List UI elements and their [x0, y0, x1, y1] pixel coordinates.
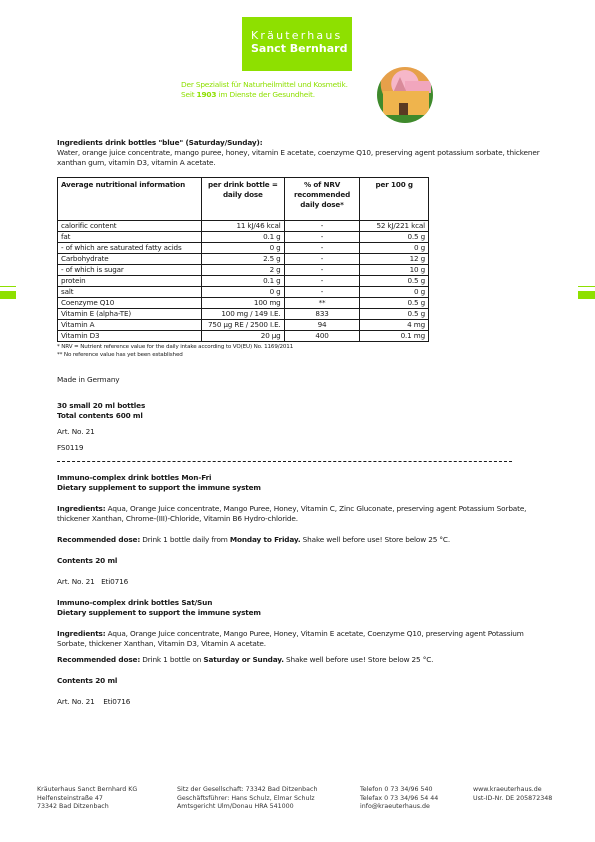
- tagline-line2: Seit 1903 im Dienste der Gesundheit.: [181, 90, 348, 100]
- nrv-value: 833: [284, 309, 360, 320]
- nrv-value: -: [284, 287, 360, 298]
- per-bottle-value: 0.1 g: [202, 276, 284, 287]
- per-100g-value: 0.5 g: [360, 232, 429, 243]
- table-row: fat0.1 g-0.5 g: [58, 232, 429, 243]
- footer-registration: Sitz der Gesellschaft: 73342 Bad Ditzenb…: [177, 786, 317, 812]
- footnote-no-reference: ** No reference value has yet been estab…: [57, 351, 547, 359]
- nrv-value: 94: [284, 320, 360, 331]
- table-row: Carbohydrate2.5 g-12 g: [58, 254, 429, 265]
- per-100g-value: 10 g: [360, 265, 429, 276]
- footer-phone: Telefon 0 73 34/96 540: [360, 786, 438, 795]
- nutrient-name: protein: [58, 276, 202, 287]
- fold-mark-left-thin: [0, 286, 16, 287]
- nrv-value: -: [284, 221, 360, 232]
- section3-contents: Contents 20 ml: [57, 676, 547, 686]
- per-100g-value: 0.1 mg: [360, 331, 429, 342]
- per-100g-value: 4 mg: [360, 320, 429, 331]
- footnote-nrv: * NRV = Nutrient reference value for the…: [57, 343, 547, 351]
- building-photo: [377, 67, 433, 123]
- table-row: Coenzyme Q10100 mg**0.5 g: [58, 298, 429, 309]
- table-row: protein0.1 g-0.5 g: [58, 276, 429, 287]
- nutrient-name: - of which is sugar: [58, 265, 202, 276]
- per-100g-value: 0.5 g: [360, 298, 429, 309]
- table-row: - of which is sugar2 g-10 g: [58, 265, 429, 276]
- nrv-value: -: [284, 243, 360, 254]
- nutrient-name: salt: [58, 287, 202, 298]
- footer-email[interactable]: info@kraeuterhaus.de: [360, 803, 438, 812]
- product-code: FS0119: [57, 443, 547, 453]
- nutrient-name: Vitamin D3: [58, 331, 202, 342]
- per-bottle-value: 0 g: [202, 287, 284, 298]
- nutrient-name: Vitamin A: [58, 320, 202, 331]
- section3-dose: Recommended dose: Drink 1 bottle on Satu…: [57, 655, 547, 665]
- table-row: Vitamin E (alpha-TE)100 mg / 149 I.E.833…: [58, 309, 429, 320]
- nutrient-name: - of which are saturated fatty acids: [58, 243, 202, 254]
- section2-art-no: Art. No. 21 Eti0716: [57, 577, 547, 587]
- per-bottle-value: 750 µg RE / 2500 I.E.: [202, 320, 284, 331]
- per-bottle-value: 2 g: [202, 265, 284, 276]
- nrv-value: -: [284, 276, 360, 287]
- per-100g-value: 0.5 g: [360, 276, 429, 287]
- brand-logo: Kräuterhaus Sanct Bernhard: [242, 17, 352, 71]
- section1-ingredients: Water, orange juice concentrate, mango p…: [57, 148, 547, 168]
- per-100g-value: 0 g: [360, 243, 429, 254]
- section3-subtitle: Dietary supplement to support the immune…: [57, 608, 547, 618]
- fold-mark-right: [578, 291, 595, 299]
- nutrition-table: Average nutritional information per drin…: [57, 177, 429, 342]
- per-bottle-value: 100 mg: [202, 298, 284, 309]
- nrv-value: 400: [284, 331, 360, 342]
- footer-company: Kräuterhaus Sanct Bernhard KG Helfenstei…: [37, 786, 137, 812]
- table-row: Vitamin D320 µg4000.1 mg: [58, 331, 429, 342]
- header-nrv: % of NRV recommended daily dose*: [284, 178, 360, 221]
- table-row: salt0 g-0 g: [58, 287, 429, 298]
- tagline: Der Spezialist für Naturheilmittel und K…: [181, 80, 348, 99]
- footer-contact: Telefon 0 73 34/96 540 Telefax 0 73 34/9…: [360, 786, 438, 812]
- section2-ingredients: Ingredients: Aqua, Orange Juice concentr…: [57, 504, 547, 524]
- tagline-year: 1903: [197, 90, 217, 99]
- per-100g-value: 52 kJ/221 kcal: [360, 221, 429, 232]
- document-body: Ingredients drink bottles "blue" (Saturd…: [57, 138, 547, 707]
- logo-line2: Sanct Bernhard: [251, 42, 347, 55]
- per-100g-value: 0.5 g: [360, 309, 429, 320]
- fold-mark-right-thin: [578, 286, 595, 287]
- section2-subtitle: Dietary supplement to support the immune…: [57, 483, 547, 493]
- section1-title: Ingredients drink bottles "blue" (Saturd…: [57, 138, 547, 148]
- per-bottle-value: 0 g: [202, 243, 284, 254]
- footer-website[interactable]: www.kraeuterhaus.de: [473, 786, 552, 795]
- art-no: Art. No. 21: [57, 427, 547, 437]
- header-per-bottle: per drink bottle = daily dose: [202, 178, 284, 221]
- per-100g-value: 0 g: [360, 287, 429, 298]
- nrv-value: -: [284, 232, 360, 243]
- section2-title: Immuno-complex drink bottles Mon-Fri: [57, 473, 547, 483]
- nutrient-name: Coenzyme Q10: [58, 298, 202, 309]
- per-bottle-value: 2.5 g: [202, 254, 284, 265]
- header-per-100g: per 100 g: [360, 178, 429, 221]
- nutrient-name: fat: [58, 232, 202, 243]
- nutrient-name: calorific content: [58, 221, 202, 232]
- bottle-count: 30 small 20 ml bottles: [57, 401, 547, 411]
- tagline-line1: Der Spezialist für Naturheilmittel und K…: [181, 80, 348, 90]
- section3-art-no: Art. No. 21 Eti0716: [57, 697, 547, 707]
- per-bottle-value: 100 mg / 149 I.E.: [202, 309, 284, 320]
- table-row: - of which are saturated fatty acids0 g-…: [58, 243, 429, 254]
- section2-contents: Contents 20 ml: [57, 556, 547, 566]
- fold-mark-left: [0, 291, 16, 299]
- section2-dose: Recommended dose: Drink 1 bottle daily f…: [57, 535, 547, 545]
- nutrient-name: Vitamin E (alpha-TE): [58, 309, 202, 320]
- section3-ingredients: Ingredients: Aqua, Orange Juice concentr…: [57, 629, 547, 649]
- nrv-value: **: [284, 298, 360, 309]
- table-header-row: Average nutritional information per drin…: [58, 178, 429, 221]
- per-bottle-value: 11 kJ/46 kcal: [202, 221, 284, 232]
- footer-fax: Telefax 0 73 34/96 54 44: [360, 795, 438, 804]
- logo-line1: Kräuterhaus: [251, 29, 342, 42]
- nutrient-name: Carbohydrate: [58, 254, 202, 265]
- table-row: calorific content11 kJ/46 kcal-52 kJ/221…: [58, 221, 429, 232]
- header-nutrition: Average nutritional information: [58, 178, 202, 221]
- per-100g-value: 12 g: [360, 254, 429, 265]
- made-in: Made in Germany: [57, 375, 547, 385]
- per-bottle-value: 0.1 g: [202, 232, 284, 243]
- table-row: Vitamin A750 µg RE / 2500 I.E.944 mg: [58, 320, 429, 331]
- section3-title: Immuno-complex drink bottles Sat/Sun: [57, 598, 547, 608]
- nrv-value: -: [284, 265, 360, 276]
- footer-web: www.kraeuterhaus.de Ust-ID-Nr. DE 205872…: [473, 786, 552, 803]
- total-contents: Total contents 600 ml: [57, 411, 547, 421]
- per-bottle-value: 20 µg: [202, 331, 284, 342]
- nrv-value: -: [284, 254, 360, 265]
- footer-vat-id: Ust-ID-Nr. DE 205872348: [473, 795, 552, 804]
